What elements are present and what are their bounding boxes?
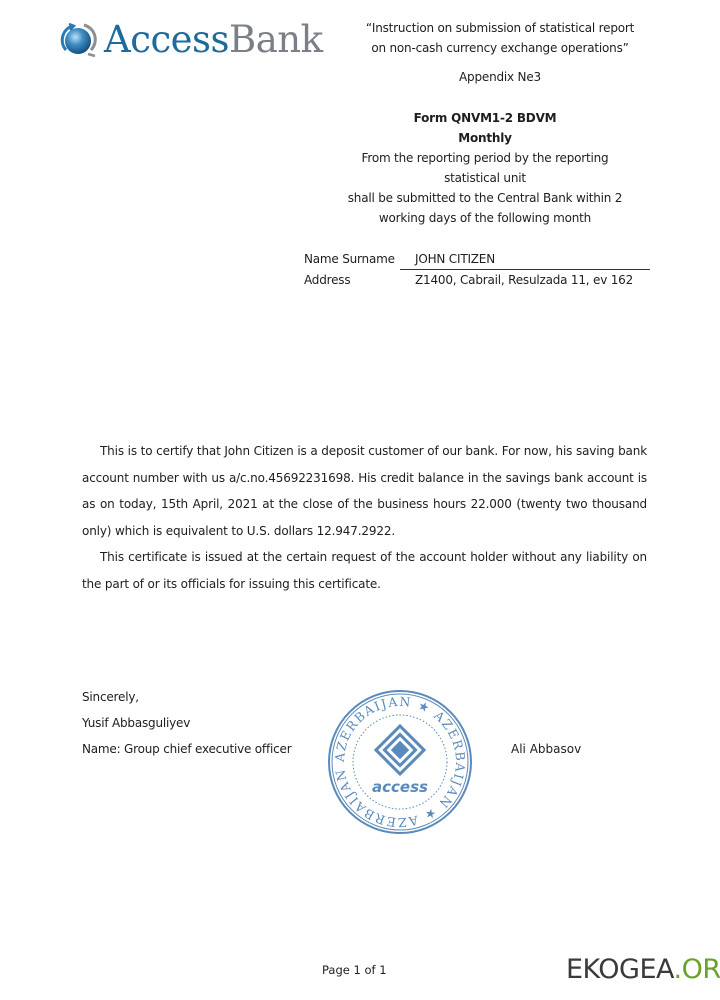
watermark-domain: .ORG bbox=[674, 954, 720, 985]
address-value: Z1400, Cabrail, Resulzada 11, ev 162 bbox=[415, 273, 633, 287]
name-label: Name Surname bbox=[304, 252, 395, 266]
form-desc-line-2: statistical unit bbox=[325, 168, 645, 188]
name-value: JOHN CITIZEN bbox=[415, 252, 495, 266]
stamp-center-text: access bbox=[372, 778, 428, 796]
bank-name-access: Access bbox=[104, 18, 229, 61]
certificate-paragraph-2: This certificate is issued at the certai… bbox=[82, 544, 647, 597]
instruction-line-2: on non-cash currency exchange operations… bbox=[340, 38, 660, 58]
second-signer-name: Ali Abbasov bbox=[511, 742, 581, 756]
bank-name-bank: Bank bbox=[229, 18, 323, 61]
certificate-paragraph-1: This is to certify that John Citizen is … bbox=[82, 438, 647, 544]
name-underline bbox=[400, 269, 650, 270]
instruction-title: “Instruction on submission of statistica… bbox=[340, 18, 660, 58]
certificate-body: This is to certify that John Citizen is … bbox=[82, 438, 647, 597]
form-frequency: Monthly bbox=[325, 128, 645, 148]
bank-stamp: AZERBAIJAN ★ AZERBAIJAN ★ AZERBAIJAN ★ a… bbox=[326, 688, 474, 836]
form-desc-line-1: From the reporting period by the reporti… bbox=[325, 148, 645, 168]
watermark-name: EKOGEA bbox=[566, 954, 674, 985]
bank-name: AccessBank bbox=[104, 20, 323, 60]
closing-text: Sincerely, bbox=[82, 690, 139, 704]
signer-title: Name: Group chief executive officer bbox=[82, 742, 291, 756]
page-number: Page 1 of 1 bbox=[322, 963, 387, 977]
watermark: EKOGEA.ORG bbox=[566, 954, 720, 985]
form-title: Form QNVM1-2 BDVM bbox=[325, 108, 645, 128]
globe-icon bbox=[58, 20, 98, 60]
form-desc-line-4: working days of the following month bbox=[325, 208, 645, 228]
form-info: Form QNVM1-2 BDVM Monthly From the repor… bbox=[325, 108, 645, 228]
access-diamond-icon bbox=[376, 726, 424, 774]
address-label: Address bbox=[304, 273, 350, 287]
signer-name: Yusif Abbasguliyev bbox=[82, 716, 190, 730]
form-desc-line-3: shall be submitted to the Central Bank w… bbox=[325, 188, 645, 208]
instruction-line-1: “Instruction on submission of statistica… bbox=[340, 18, 660, 38]
appendix-label: Appendix Ne3 bbox=[340, 67, 660, 87]
bank-logo: AccessBank bbox=[58, 18, 323, 62]
